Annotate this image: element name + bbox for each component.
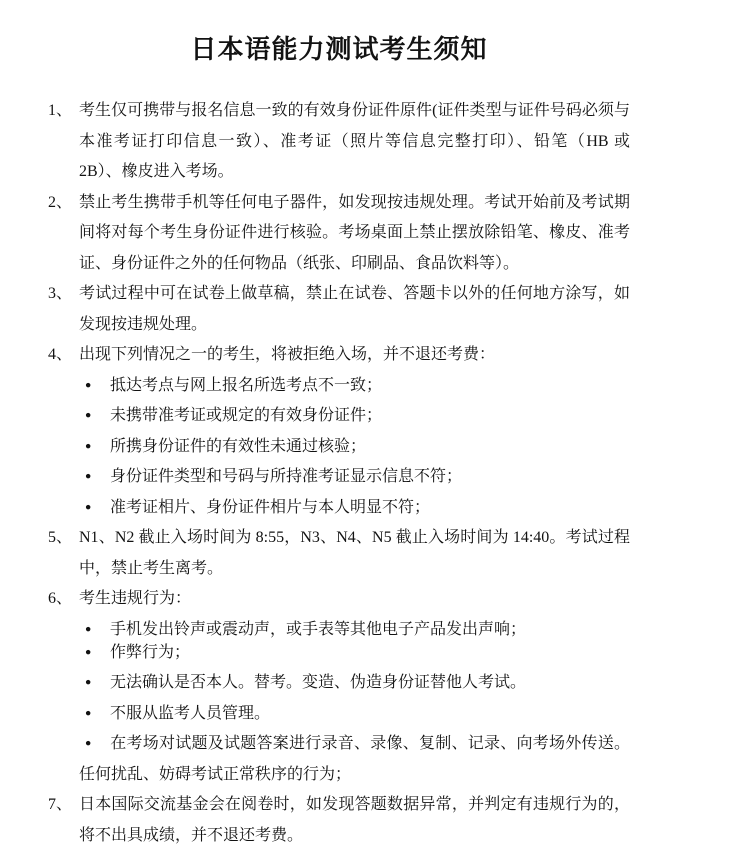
bullet-item: ●在考场对试题及试题答案进行录音、录像、复制、记录、向考场外传送。任何扰乱、妨碍… bbox=[79, 729, 630, 790]
bullet-item: ●抵达考点与网上报名所选考点不一致； bbox=[79, 371, 630, 402]
notice-item-6: 6、 考生违规行为： ●手机发出铃声或震动声，或手表等其他电子产品发出声响； ●… bbox=[48, 584, 630, 790]
bullet-text: 身份证件类型和号码与所持准考证显示信息不符； bbox=[110, 468, 462, 485]
bullet-item: ●身份证件类型和号码与所持准考证显示信息不符； bbox=[79, 462, 630, 493]
bullet-text: 不服从监考人员管理。 bbox=[110, 705, 270, 722]
bullet-item: ●准考证相片、身份证件相片与本人明显不符； bbox=[79, 493, 630, 524]
bullet-item: ●所携身份证件的有效性未通过核验； bbox=[79, 432, 630, 463]
bullet-icon: ● bbox=[79, 371, 110, 402]
bullet-icon: ● bbox=[79, 699, 110, 730]
bullet-icon: ● bbox=[79, 432, 110, 463]
item-text: 日本国际交流基金会在阅卷时，如发现答题数据异常，并判定有违规行为的，将不出具成绩… bbox=[79, 790, 630, 851]
item-number: 5、 bbox=[48, 523, 79, 584]
item-number: 6、 bbox=[48, 584, 79, 790]
item-number: 2、 bbox=[48, 188, 79, 280]
bullet-text: 抵达考点与网上报名所选考点不一致； bbox=[110, 377, 382, 394]
item-text: 禁止考生携带手机等任何电子器件，如发现按违规处理。考试开始前及考试期间将对每个考… bbox=[79, 188, 630, 280]
bullet-icon: ● bbox=[79, 462, 110, 493]
notice-body: 1、 考生仅可携带与报名信息一致的有效身份证件原件(证件类型与证件号码必须与本准… bbox=[48, 96, 630, 851]
bullet-item: ●无法确认是否本人。替考。变造、伪造身份证替他人考试。 bbox=[79, 668, 630, 699]
document-page: 日本语能力测试考生须知 1、 考生仅可携带与报名信息一致的有效身份证件原件(证件… bbox=[0, 0, 734, 851]
notice-item-7: 7、 日本国际交流基金会在阅卷时，如发现答题数据异常，并判定有违规行为的，将不出… bbox=[48, 790, 630, 851]
item-number: 7、 bbox=[48, 790, 79, 851]
bullet-text: 无法确认是否本人。替考。变造、伪造身份证替他人考试。 bbox=[110, 674, 526, 691]
bullet-icon: ● bbox=[79, 493, 110, 524]
bullet-text: 手机发出铃声或震动声，或手表等其他电子产品发出声响； bbox=[110, 621, 526, 638]
item-text: 考生仅可携带与报名信息一致的有效身份证件原件(证件类型与证件号码必须与本准考证打… bbox=[79, 96, 630, 188]
bullet-text: 所携身份证件的有效性未通过核验； bbox=[110, 438, 366, 455]
notice-item-3: 3、 考试过程中可在试卷上做草稿，禁止在试卷、答题卡以外的任何地方涂写，如发现按… bbox=[48, 279, 630, 340]
item-text: 出现下列情况之一的考生，将被拒绝入场，并不退还考费： bbox=[79, 340, 630, 371]
bullet-text: 在考场对试题及试题答案进行录音、录像、复制、记录、向考场外传送。任何扰乱、妨碍考… bbox=[79, 735, 630, 783]
item-text: N1、N2 截止入场时间为 8:55，N3、N4、N5 截止入场时间为 14:4… bbox=[79, 523, 630, 584]
item-number: 1、 bbox=[48, 96, 79, 188]
item-number: 3、 bbox=[48, 279, 79, 340]
bullet-icon: ● bbox=[79, 668, 110, 699]
bullet-text: 作弊行为； bbox=[110, 644, 190, 661]
bullet-item: ●不服从监考人员管理。 bbox=[79, 699, 630, 730]
notice-item-2: 2、 禁止考生携带手机等任何电子器件，如发现按违规处理。考试开始前及考试期间将对… bbox=[48, 188, 630, 280]
notice-item-1: 1、 考生仅可携带与报名信息一致的有效身份证件原件(证件类型与证件号码必须与本准… bbox=[48, 96, 630, 188]
bullet-icon: ● bbox=[79, 638, 110, 669]
item-number: 4、 bbox=[48, 340, 79, 523]
item-text: 考生违规行为： bbox=[79, 584, 630, 615]
bullet-icon: ● bbox=[79, 729, 110, 760]
page-title: 日本语能力测试考生须知 bbox=[48, 33, 630, 67]
bullet-item: ●未携带准考证或规定的有效身份证件； bbox=[79, 401, 630, 432]
notice-item-4: 4、 出现下列情况之一的考生，将被拒绝入场，并不退还考费： ●抵达考点与网上报名… bbox=[48, 340, 630, 523]
notice-item-5: 5、 N1、N2 截止入场时间为 8:55，N3、N4、N5 截止入场时间为 1… bbox=[48, 523, 630, 584]
bullet-text: 未携带准考证或规定的有效身份证件； bbox=[110, 407, 382, 424]
item-text: 考试过程中可在试卷上做草稿，禁止在试卷、答题卡以外的任何地方涂写，如发现按违规处… bbox=[79, 279, 630, 340]
bullet-text: 准考证相片、身份证件相片与本人明显不符； bbox=[110, 499, 430, 516]
bullet-icon: ● bbox=[79, 401, 110, 432]
